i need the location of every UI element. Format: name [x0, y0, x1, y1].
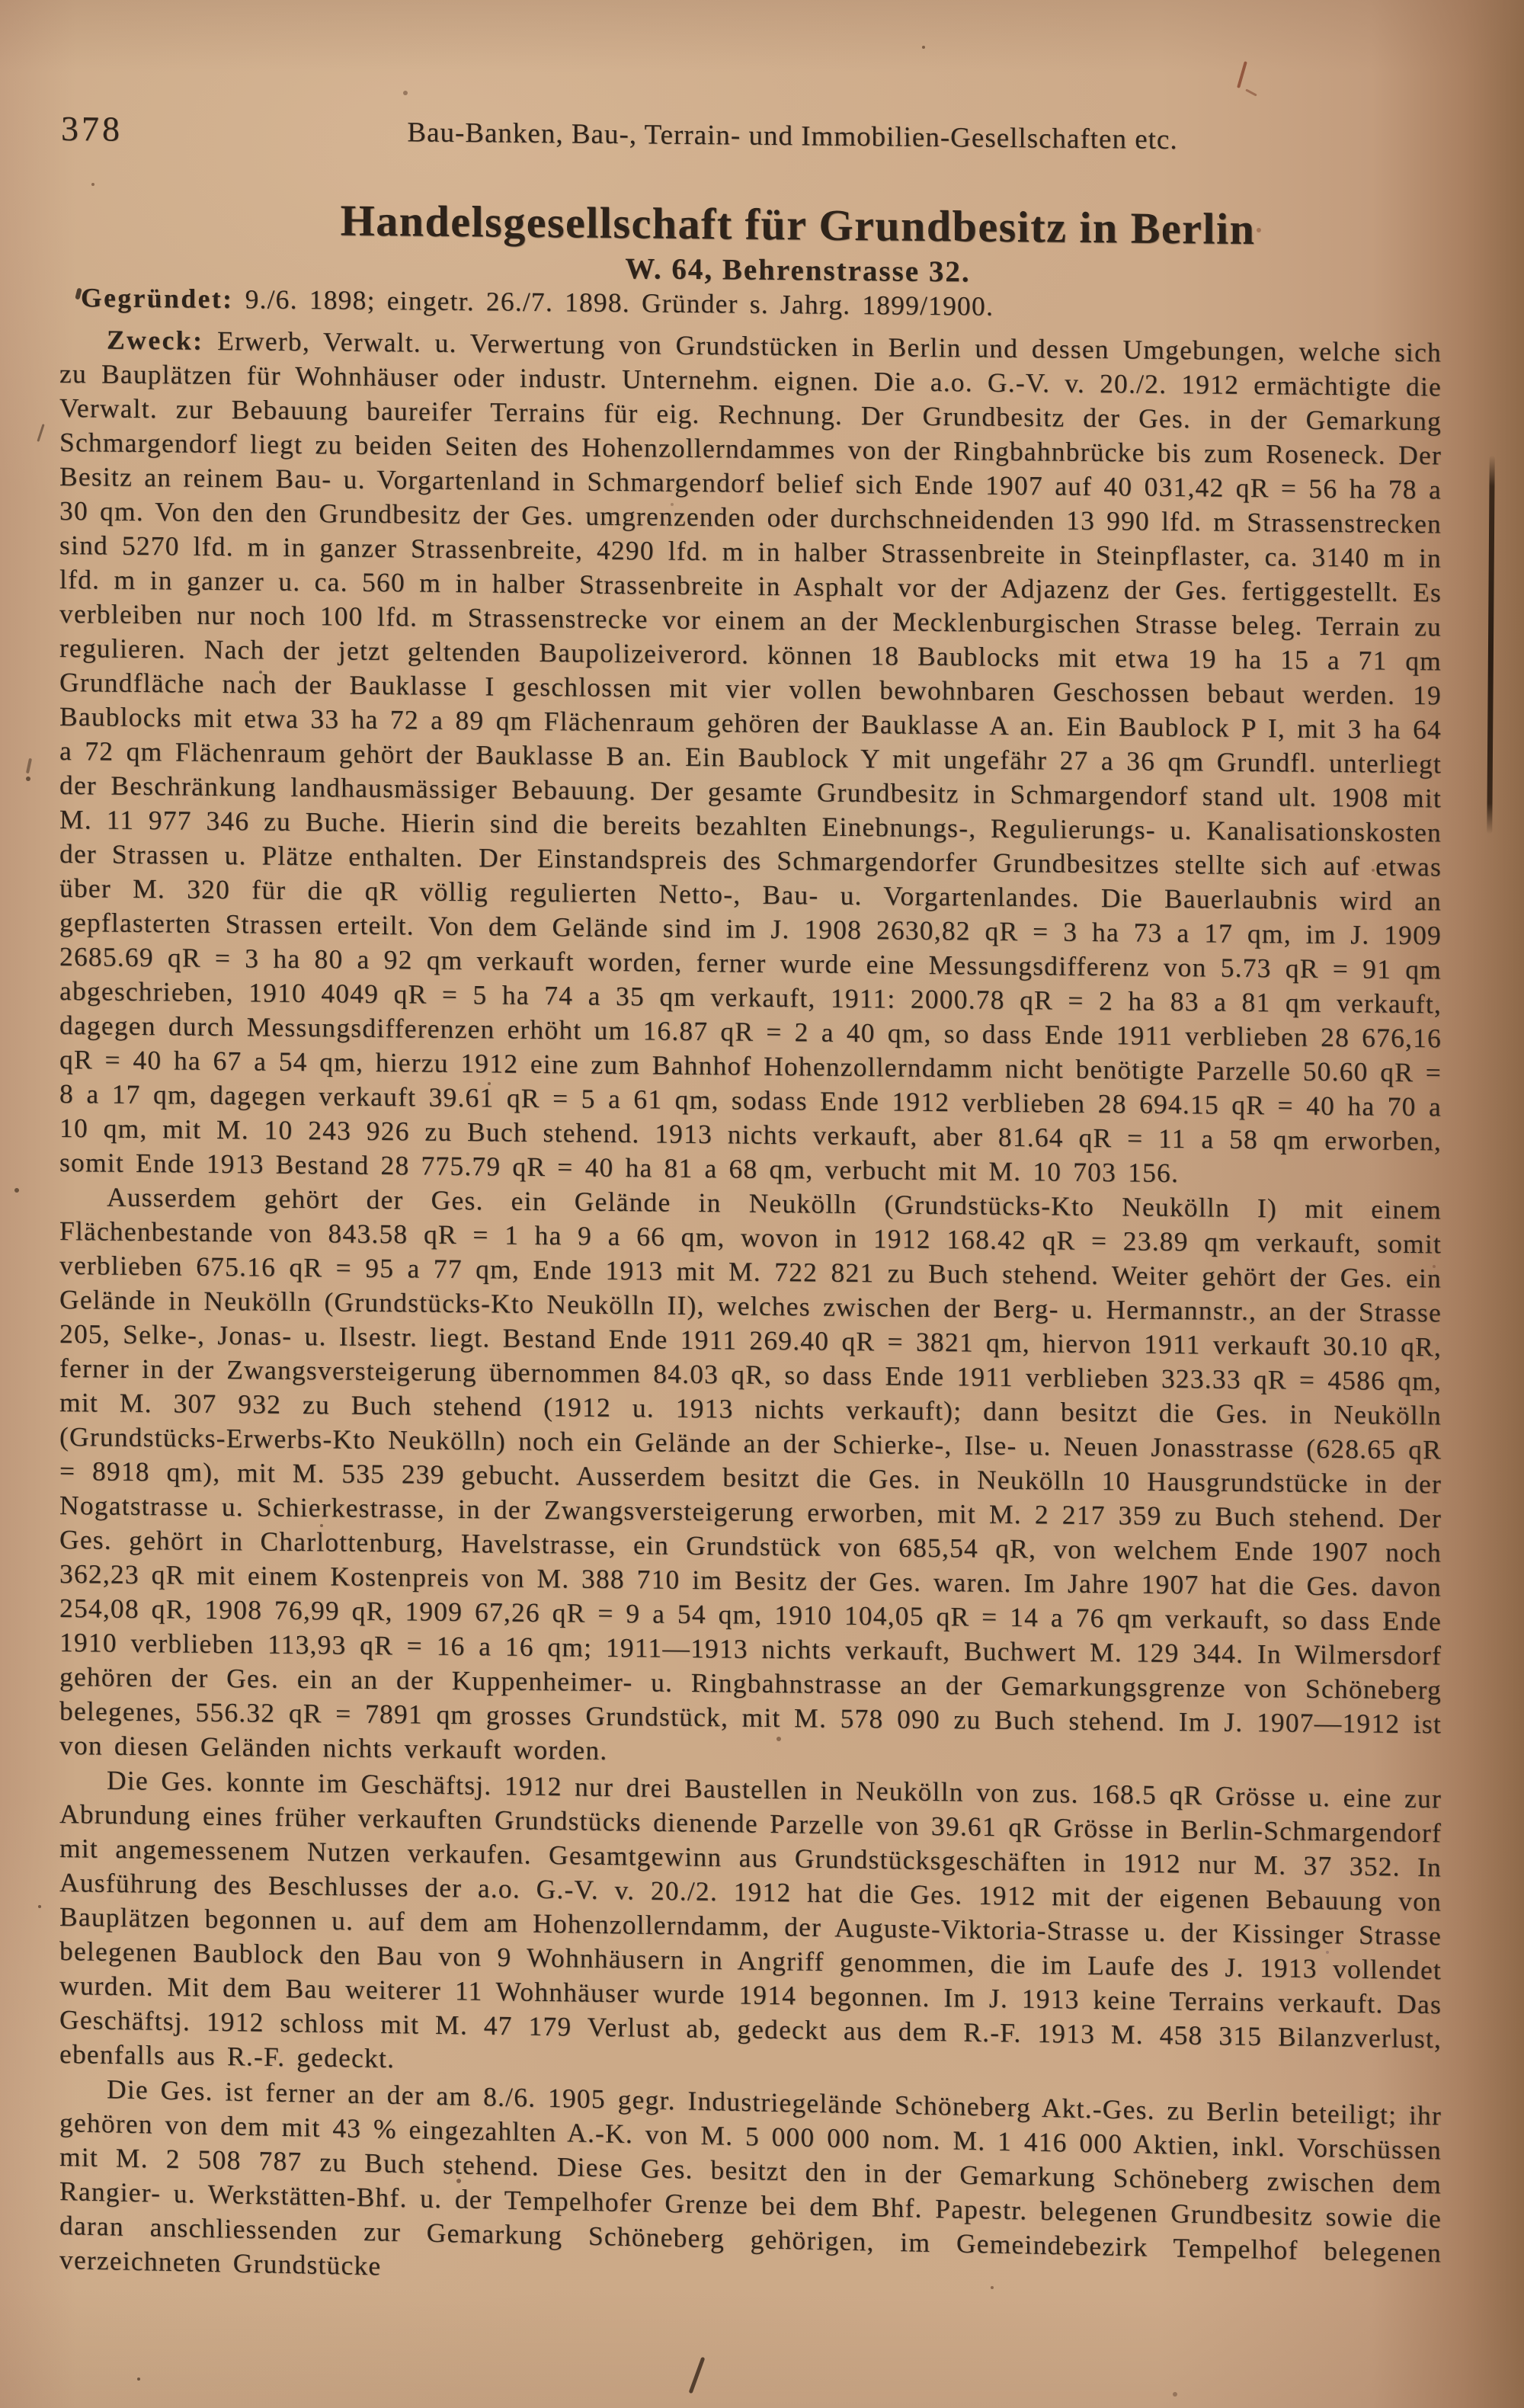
book-gutter-edge-line — [1487, 456, 1494, 834]
page-content: 378 Bau-Banken, Bau-, Terrain- und Immob… — [59, 113, 1442, 2290]
running-header-title: Bau-Banken, Bau-, Terrain- und Immobilie… — [101, 114, 1484, 159]
pen-mark — [1245, 88, 1257, 96]
article-title: Handelsgesellschaft für Grundbesitz in B… — [107, 193, 1489, 257]
purpose-label: Zweck: — [107, 325, 203, 356]
pen-mark — [26, 758, 32, 773]
book-page: 378 Bau-Banken, Bau-, Terrain- und Immob… — [0, 0, 1524, 2408]
running-head: 378 Bau-Banken, Bau-, Terrain- und Immob… — [59, 113, 1442, 165]
pen-mark — [689, 2357, 706, 2394]
paragraph-purpose: Zweck: Erwerb, Verwalt. u. Verwertung vo… — [59, 322, 1442, 1193]
paragraph-business-year: Die Ges. konnte im Geschäftsj. 1912 nur … — [59, 1763, 1442, 2090]
founded-label: Gegründet: — [81, 282, 234, 314]
paragraph-neukoelln-holdings: Ausserdem gehört der Ges. ein Gelände in… — [59, 1180, 1442, 1776]
founded-text: 9./6. 1898; eingetr. 26./7. 1898. Gründe… — [245, 283, 994, 321]
purpose-text: Erwerb, Verwalt. u. Verwertung von Grund… — [59, 325, 1442, 1188]
pen-mark — [1237, 61, 1247, 88]
pen-mark — [37, 424, 44, 442]
paragraph-industriegelaende: Die Ges. ist ferner an der am 8./6. 1905… — [59, 2071, 1442, 2304]
